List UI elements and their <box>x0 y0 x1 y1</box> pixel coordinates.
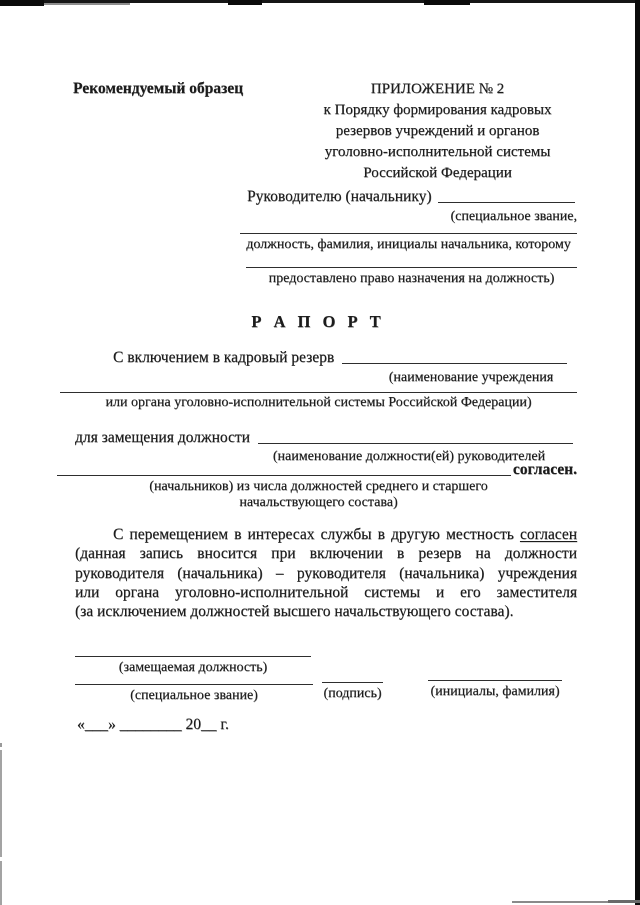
appendix-line: к Порядку формирования кадровых <box>296 100 579 121</box>
blank-field-post-2 <box>57 475 511 476</box>
blank-field-current-post <box>75 656 311 657</box>
appendix-line: уголовно-исполнительной системы <box>296 142 579 163</box>
position-caption-2: (начальников) из числа должностей средне… <box>60 479 577 494</box>
blank-field-institution <box>342 363 567 364</box>
relocation-line-1-text: С перемещением в интересах службы в друг… <box>113 526 514 543</box>
scan-right-edge <box>635 0 640 905</box>
relocation-line-2: (данная запись вносится при включении в … <box>75 544 577 563</box>
recommended-sample-label: Рекомендуемый образец <box>73 80 243 98</box>
scan-left-dot <box>0 743 2 747</box>
scan-top-dash-2 <box>424 0 470 5</box>
addressee-label: Руководителю (начальнику) <box>247 188 432 206</box>
signature-caption-rank: (специальное звание) <box>75 688 313 703</box>
blank-field-institution-2 <box>60 392 577 393</box>
relocation-line-1: С перемещением в интересах службы в друг… <box>75 525 577 544</box>
appendix-block: ПРИЛОЖЕНИЕ № 2 к Порядку формирования ка… <box>296 79 579 184</box>
scan-bottom-dash <box>608 900 640 903</box>
signature-caption-name: (инициалы, фамилия) <box>423 684 567 699</box>
scanned-document-page: Рекомендуемый образец ПРИЛОЖЕНИЕ № 2 к П… <box>0 0 640 905</box>
position-line: для замещения должности <box>75 429 573 447</box>
blank-field-post <box>258 443 573 444</box>
scan-top-left-mark <box>0 0 44 6</box>
inclusion-caption-1: (наименование учреждения <box>361 370 581 385</box>
relocation-line-3: руководителя (начальника) – руководителя… <box>75 564 577 583</box>
addressee-line: Руководителю (начальнику) <box>247 188 575 206</box>
scan-top-gray-mark <box>44 3 130 5</box>
scan-left-line-lower <box>0 861 2 905</box>
scan-top-dash-1 <box>228 0 262 5</box>
position-caption-3: начальствующего состава) <box>60 495 577 510</box>
addressee-caption-rank: (специальное звание, <box>247 209 577 224</box>
agree-line: согласен. <box>57 460 577 479</box>
appendix-line: резервов учреждений и органов <box>296 121 579 142</box>
blank-field-position <box>240 233 577 234</box>
relocation-agree-underlined: согласен <box>520 526 577 543</box>
scan-left-line-upper <box>0 750 2 857</box>
relocation-line-5: (за исключением должностей высшего начал… <box>75 602 577 621</box>
appendix-number: ПРИЛОЖЕНИЕ № 2 <box>296 79 579 100</box>
signature-caption-post: (замещаемая должность) <box>75 660 311 675</box>
blank-field-rank <box>438 202 575 203</box>
inclusion-caption-2: или органа уголовно-исполнительной систе… <box>60 395 577 410</box>
addressee-caption-authority: предоставлено право назначения на должно… <box>246 271 577 286</box>
report-title: Р А П О Р Т <box>62 312 574 332</box>
signature-caption-sign: (подпись) <box>312 686 393 701</box>
blank-field-signature <box>322 682 383 683</box>
inclusion-line: С включением в кадровый резерв <box>75 349 567 367</box>
blank-field-rank-2 <box>75 684 313 685</box>
inclusion-lead: С включением в кадровый резерв <box>113 349 334 367</box>
blank-field-authority <box>246 267 577 268</box>
agree-word: согласен. <box>513 461 577 479</box>
date-line: «___» ________ 20__ г. <box>77 716 229 734</box>
relocation-paragraph: С перемещением в интересах службы в друг… <box>75 525 577 621</box>
blank-field-name <box>428 680 562 681</box>
relocation-line-4: или органа уголовно-исполнительной систе… <box>75 583 577 602</box>
addressee-caption-position: должность, фамилия, инициалы начальника,… <box>240 237 577 252</box>
appendix-line: Российской Федерации <box>296 163 579 184</box>
position-lead: для замещения должности <box>75 429 250 447</box>
